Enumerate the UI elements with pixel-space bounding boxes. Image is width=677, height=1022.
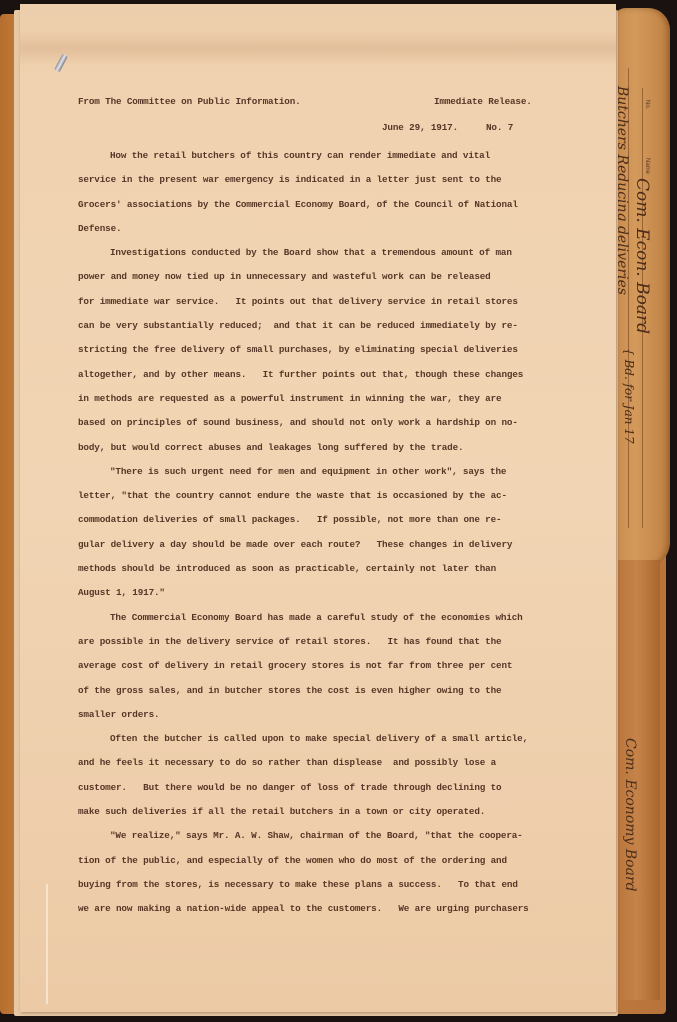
handwritten-lower-label: Com. Economy Board [622, 738, 638, 892]
text-line: stricting the free delivery of small pur… [78, 338, 568, 362]
text-line: commodation deliveries of small packages… [78, 508, 568, 532]
text-line: Defense. [78, 217, 568, 241]
text-line: gular delivery a day should be made over… [78, 533, 568, 557]
folder-tab: No. Name Butchers Reducing deliveries Co… [612, 8, 670, 568]
paragraph: "We realize," says Mr. A. W. Shaw, chair… [78, 824, 568, 921]
text-line: body, but would correct abuses and leaka… [78, 436, 568, 460]
text-line: The Commercial Economy Board has made a … [78, 606, 568, 630]
folder-spine: Com. Economy Board [614, 560, 660, 1000]
paragraph: The Commercial Economy Board has made a … [78, 606, 568, 727]
release-date: June 29, 1917. [382, 122, 458, 133]
text-line: in methods are requested as a powerful i… [78, 387, 568, 411]
header-row: From The Committee on Public Information… [78, 96, 568, 120]
text-line: are possible in the delivery service of … [78, 630, 568, 654]
paper-fold-shadow [20, 30, 616, 66]
text-line: altogether, and by other means. It furth… [78, 363, 568, 387]
text-line: tion of the public, and especially of th… [78, 849, 568, 873]
text-line: power and money now tied up in unnecessa… [78, 265, 568, 289]
text-line: August 1, 1917." [78, 581, 568, 605]
release-number: No. 7 [486, 122, 513, 133]
paragraph: How the retail butchers of this country … [78, 144, 568, 241]
text-line: of the gross sales, and in butcher store… [78, 679, 568, 703]
folder-tab-no-label: No. [644, 100, 650, 109]
typewritten-press-release: From The Committee on Public Information… [78, 96, 568, 922]
text-line: methods should be introduced as soon as … [78, 557, 568, 581]
text-line: "There is such urgent need for men and e… [78, 460, 568, 484]
text-line: average cost of delivery in retail groce… [78, 654, 568, 678]
text-line: and he feels it necessary to do so rathe… [78, 751, 568, 775]
text-line: Investigations conducted by the Board sh… [78, 241, 568, 265]
text-line: make such deliveries if all the retail b… [78, 800, 568, 824]
text-line: buying from the stores, is necessary to … [78, 873, 568, 897]
text-line: Often the butcher is called upon to make… [78, 727, 568, 751]
paragraph: "There is such urgent need for men and e… [78, 460, 568, 606]
handwritten-name: Com. Econ. Board [632, 178, 652, 334]
text-line: customer. But there would be no danger o… [78, 776, 568, 800]
page-edge [46, 884, 48, 1004]
text-line: can be very substantially reduced; and t… [78, 314, 568, 338]
release-label: Immediate Release. [434, 96, 532, 107]
body-text: How the retail butchers of this country … [78, 144, 568, 922]
text-line: smaller orders. [78, 703, 568, 727]
from-line: From The Committee on Public Information… [78, 96, 301, 107]
text-line: How the retail butchers of this country … [78, 144, 568, 168]
paragraph: Investigations conducted by the Board sh… [78, 241, 568, 460]
text-line: service in the present war emergency is … [78, 168, 568, 192]
text-line: letter, "that the country cannot endure … [78, 484, 568, 508]
text-line: Grocers' associations by the Commercial … [78, 193, 568, 217]
paragraph: Often the butcher is called upon to make… [78, 727, 568, 824]
handwritten-extra: { Bd. for Jan 17 [622, 348, 636, 444]
text-line: based on principles of sound business, a… [78, 411, 568, 435]
text-line: we are now making a nation-wide appeal t… [78, 897, 568, 921]
date-row: June 29, 1917. No. 7 [78, 120, 568, 144]
folder-tab-name-label: Name [644, 158, 650, 174]
text-line: for immediate war service. It points out… [78, 290, 568, 314]
text-line: "We realize," says Mr. A. W. Shaw, chair… [78, 824, 568, 848]
